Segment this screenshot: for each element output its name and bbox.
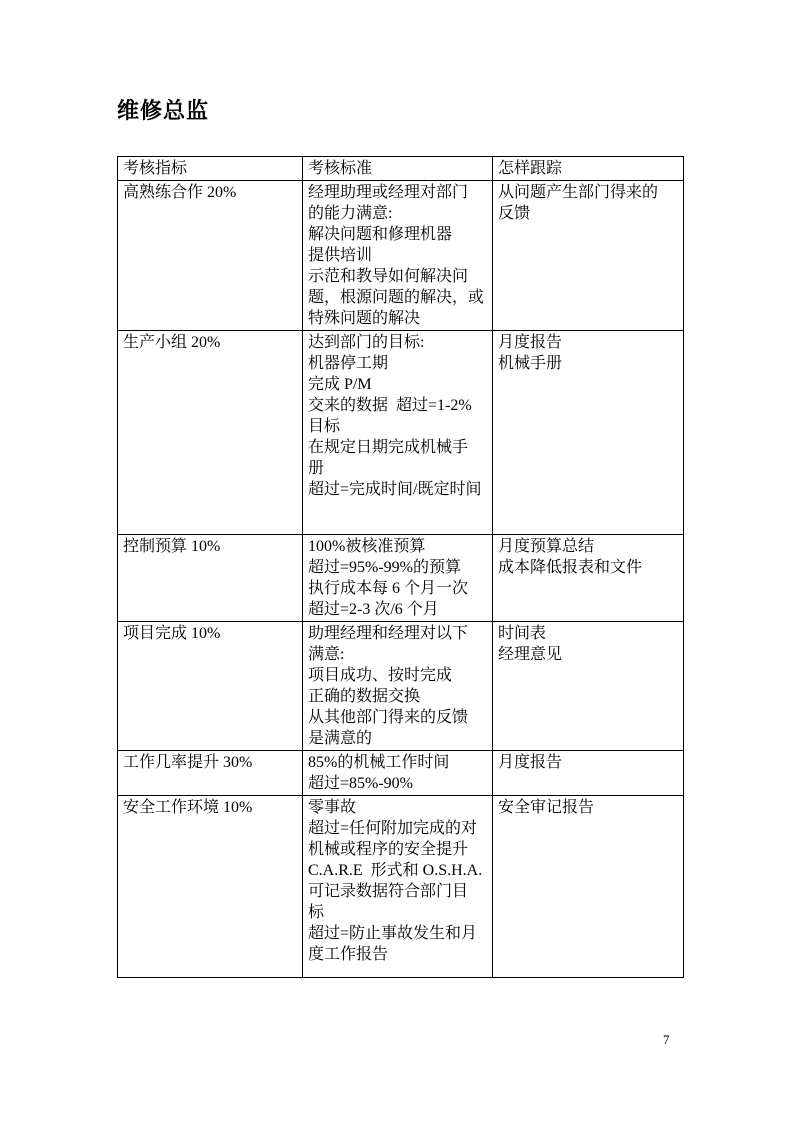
table-row: 工作几率提升 30%85%的机械工作时间超过=85%-90%月度报告 [118,751,684,796]
cell-line: 满意: [308,644,488,665]
cell-tracking: 月度报告机械手册 [493,331,684,535]
cell-line: 超过=95%-99%的预算 [308,557,488,578]
cell-line: 超过=85%-90% [308,773,488,794]
cell-line: 标 [308,902,488,923]
cell-line: 项目完成 10% [123,623,298,644]
table-body: 高熟练合作 20%经理助理或经理对部门的能力满意:解决问题和修理机器提供培训示范… [118,181,684,978]
cell-line: 零事故 [308,797,488,818]
cell-line: C.A.R.E 形式和 O.S.H.A. [308,860,488,881]
cell-line: 85%的机械工作时间 [308,752,488,773]
cell-indicator: 安全工作环境 10% [118,796,303,978]
cell-line: 高熟练合作 20% [123,182,298,203]
cell-line: 达到部门的目标: [308,332,488,353]
table-row: 高熟练合作 20%经理助理或经理对部门的能力满意:解决问题和修理机器提供培训示范… [118,181,684,331]
cell-line: 在规定日期完成机械手 [308,437,488,458]
cell-line: 经理助理或经理对部门 [308,182,488,203]
cell-line: 册 [308,458,488,479]
cell-indicator: 项目完成 10% [118,622,303,751]
cell-line: 是满意的 [308,728,488,749]
cell-line: 经理意见 [498,644,679,665]
cell-line: 月度报告 [498,752,679,773]
table-row: 安全工作环境 10%零事故超过=任何附加完成的对机械或程序的安全提升C.A.R.… [118,796,684,978]
cell-line: 度工作报告 [308,944,488,965]
cell-line: 超过=完成时间/既定时间 [308,479,488,500]
cell-tracking: 安全审记报告 [493,796,684,978]
cell-line: 的能力满意: [308,203,488,224]
cell-line: 超过=防止事故发生和月 [308,923,488,944]
cell-standard: 经理助理或经理对部门的能力满意:解决问题和修理机器提供培训示范和教导如何解决问题… [303,181,493,331]
table-row: 控制预算 10%100%被核准预算超过=95%-99%的预算执行成本每 6 个月… [118,535,684,622]
cell-line: 执行成本每 6 个月一次 [308,578,488,599]
cell-line: 题，根源问题的解决，或 [308,287,488,308]
cell-line: 生产小组 20% [123,332,298,353]
cell-line: 机械或程序的安全提升 [308,839,488,860]
assessment-table: 考核指标 考核标准 怎样跟踪 高熟练合作 20%经理助理或经理对部门的能力满意:… [117,156,684,978]
document-page: 维修总监 考核指标 考核标准 怎样跟踪 高熟练合作 20%经理助理或经理对部门的… [0,0,793,1122]
cell-line: 成本降低报表和文件 [498,557,679,578]
cell-line: 可记录数据符合部门目 [308,881,488,902]
page-number: 7 [663,1032,670,1048]
cell-line: 反馈 [498,203,679,224]
cell-line: 特殊问题的解决 [308,308,488,329]
table-header: 考核指标 考核标准 怎样跟踪 [118,157,684,181]
header-cell-standard: 考核标准 [303,157,493,181]
cell-line: 解决问题和修理机器 [308,224,488,245]
table-row: 生产小组 20%达到部门的目标:机器停工期完成 P/M交来的数据 超过=1-2%… [118,331,684,535]
cell-line: 月度报告 [498,332,679,353]
cell-indicator: 工作几率提升 30% [118,751,303,796]
cell-line: 时间表 [498,623,679,644]
cell-tracking: 从问题产生部门得来的反馈 [493,181,684,331]
cell-line: 从问题产生部门得来的 [498,182,679,203]
cell-line: 完成 P/M [308,374,488,395]
cell-indicator: 生产小组 20% [118,331,303,535]
cell-tracking: 月度报告 [493,751,684,796]
page-title: 维修总监 [117,97,209,125]
cell-line: 安全工作环境 10% [123,797,298,818]
cell-standard: 85%的机械工作时间超过=85%-90% [303,751,493,796]
header-cell-tracking: 怎样跟踪 [493,157,684,181]
cell-tracking: 月度预算总结成本降低报表和文件 [493,535,684,622]
cell-line: 机械手册 [498,353,679,374]
cell-standard: 100%被核准预算超过=95%-99%的预算执行成本每 6 个月一次超过=2-3… [303,535,493,622]
cell-line: 超过=任何附加完成的对 [308,818,488,839]
cell-line: 交来的数据 超过=1-2% [308,395,488,416]
cell-line: 提供培训 [308,245,488,266]
cell-line: 100%被核准预算 [308,536,488,557]
cell-indicator: 高熟练合作 20% [118,181,303,331]
cell-line: 月度预算总结 [498,536,679,557]
cell-line: 目标 [308,416,488,437]
cell-line: 工作几率提升 30% [123,752,298,773]
table-row: 项目完成 10%助理经理和经理对以下满意:项目成功、按时完成正确的数据交换从其他… [118,622,684,751]
cell-line: 正确的数据交换 [308,686,488,707]
cell-line: 项目成功、按时完成 [308,665,488,686]
cell-line: 示范和教导如何解决问 [308,266,488,287]
cell-standard: 助理经理和经理对以下满意:项目成功、按时完成正确的数据交换从其他部门得来的反馈是… [303,622,493,751]
cell-indicator: 控制预算 10% [118,535,303,622]
header-row: 考核指标 考核标准 怎样跟踪 [118,157,684,181]
cell-line: 从其他部门得来的反馈 [308,707,488,728]
cell-line: 助理经理和经理对以下 [308,623,488,644]
header-cell-indicator: 考核指标 [118,157,303,181]
cell-line: 控制预算 10% [123,536,298,557]
cell-standard: 达到部门的目标:机器停工期完成 P/M交来的数据 超过=1-2%目标在规定日期完… [303,331,493,535]
cell-line: 机器停工期 [308,353,488,374]
cell-line: 安全审记报告 [498,797,679,818]
cell-line: 超过=2-3 次/6 个月 [308,599,488,620]
cell-standard: 零事故超过=任何附加完成的对机械或程序的安全提升C.A.R.E 形式和 O.S.… [303,796,493,978]
cell-tracking: 时间表经理意见 [493,622,684,751]
